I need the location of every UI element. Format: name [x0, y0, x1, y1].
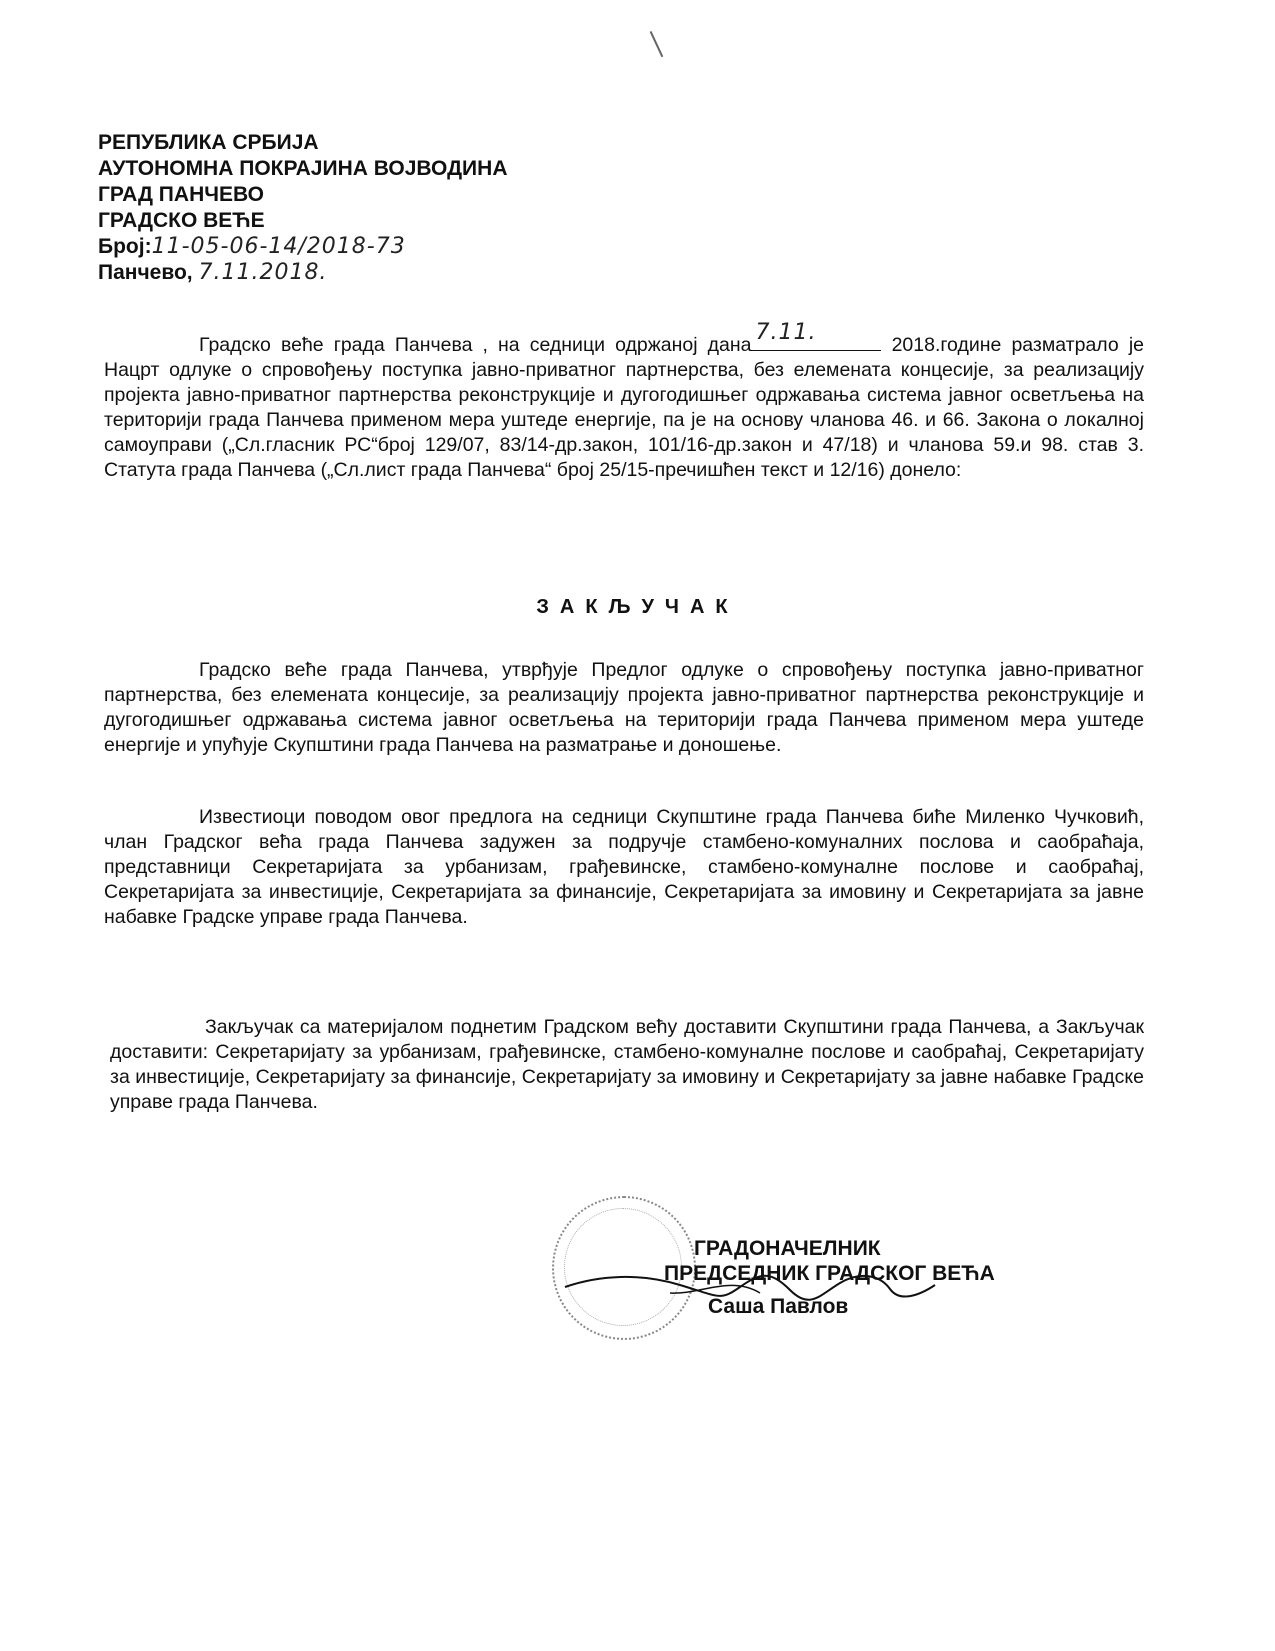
document-date-value: 7.11.2018. — [198, 260, 327, 285]
signature-block: ГРАДОНАЧЕЛНИК ПРЕДСЕДНИК ГРАДСКОГ ВЕЋА С… — [664, 1236, 995, 1319]
signature-title-president: ПРЕДСЕДНИК ГРАДСКОГ ВЕЋА — [664, 1261, 995, 1286]
signature-title-mayor: ГРАДОНАЧЕЛНИК — [664, 1236, 995, 1261]
conclusion-paragraph-2: Известиоци поводом овог предлога на седн… — [104, 805, 1144, 930]
document-page: РЕПУБЛИКА СРБИЈА АУТОНОМНА ПОКРАЈИНА ВОЈ… — [0, 0, 1275, 1651]
header-city: ГРАД ПАНЧЕВО — [98, 182, 507, 208]
document-title: ЗАКЉУЧАК — [0, 596, 1275, 619]
signatory-name: Саша Павлов — [664, 1294, 995, 1319]
document-number-value: 11-05-06-14/2018-73 — [152, 234, 406, 259]
document-place-label: Панчево, — [98, 261, 193, 284]
header-province: АУТОНОМНА ПОКРАЈИНА ВОЈВОДИНА — [98, 156, 507, 182]
intro-text-before-date: Градско веће града Панчева , на седници … — [199, 334, 751, 356]
conclusion-paragraph-1-text: Градско веће града Панчева, утврђује Пре… — [104, 659, 1144, 756]
conclusion-paragraph-2-text: Известиоци поводом овог предлога на седн… — [104, 806, 1144, 928]
conclusion-paragraph-3: Закључак са материјалом поднетим Градско… — [110, 1015, 1144, 1115]
scan-mark — [650, 27, 673, 57]
header-republic: РЕПУБЛИКА СРБИЈА — [98, 130, 507, 156]
intro-text-after-date: 2018.године разматрало је Нацрт одлуке о… — [104, 334, 1144, 481]
session-date-value: 7.11. — [755, 320, 816, 345]
intro-paragraph: Градско веће града Панчева , на седници … — [104, 330, 1144, 483]
session-date-field: 7.11. — [751, 330, 881, 351]
conclusion-paragraph-1: Градско веће града Панчева, утврђује Пре… — [104, 658, 1144, 758]
document-number-label: Број: — [98, 235, 152, 258]
document-number: Број:11-05-06-14/2018-73 — [98, 234, 507, 260]
header-council: ГРАДСКО ВЕЋЕ — [98, 208, 507, 234]
document-header: РЕПУБЛИКА СРБИЈА АУТОНОМНА ПОКРАЈИНА ВОЈ… — [98, 130, 507, 286]
conclusion-paragraph-3-text: Закључак са материјалом поднетим Градско… — [110, 1016, 1144, 1113]
document-place-date: Панчево, 7.11.2018. — [98, 260, 507, 286]
